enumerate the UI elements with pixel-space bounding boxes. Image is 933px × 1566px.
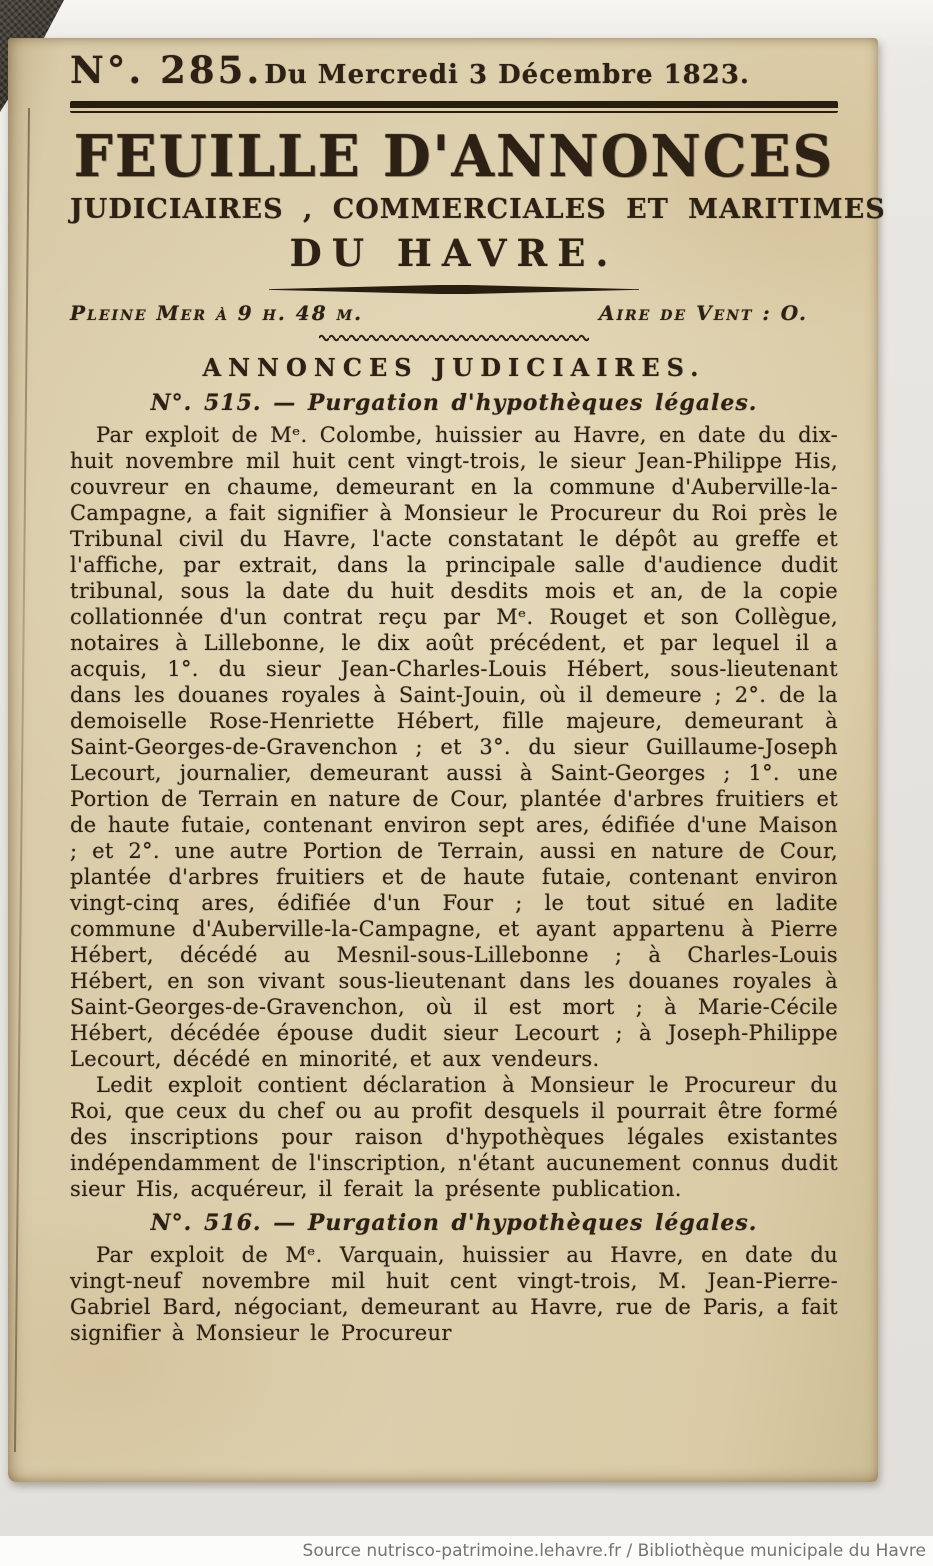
page-fold-crease xyxy=(14,108,30,1452)
tide-info-row: Pleine Mer à 9 h. 48 m. Aire de Vent : O… xyxy=(70,301,838,325)
article-515-heading: N°. 515. — Purgation d'hypothèques légal… xyxy=(70,390,838,416)
article-515-paragraph-1: Par exploit de Mᵉ. Colombe, huissier au … xyxy=(70,422,838,1072)
header-double-rule xyxy=(70,101,838,113)
diamond-rule xyxy=(269,285,639,294)
masthead-subtitle: JUDICIAIRES , COMMERCIALES ET MARITIMES xyxy=(70,194,838,225)
page-content: N°. 285. Du Mercredi 3 Décembre 1823. FE… xyxy=(70,46,838,1346)
source-credit-text: Source nutrisco-patrimoine.lehavre.fr / … xyxy=(303,1541,933,1561)
source-credit-bar: Source nutrisco-patrimoine.lehavre.fr / … xyxy=(0,1536,933,1566)
page-header: N°. 285. Du Mercredi 3 Décembre 1823. xyxy=(70,48,838,92)
issue-number: N°. 285. xyxy=(70,48,262,92)
article-515-paragraph-2: Ledit exploit contient déclaration à Mon… xyxy=(70,1072,838,1202)
article-516-paragraph-1: Par exploit de Mᵉ. Varquain, huissier au… xyxy=(70,1242,838,1346)
masthead-title: FEUILLE D'ANNONCES xyxy=(70,122,838,190)
masthead-city: DU HAVRE. xyxy=(70,231,838,275)
article-516-heading: N°. 516. — Purgation d'hypothèques légal… xyxy=(70,1210,838,1236)
wavy-rule xyxy=(70,327,838,337)
wind-direction: Aire de Vent : O. xyxy=(599,301,808,325)
date-line: Du Mercredi 3 Décembre 1823. xyxy=(264,60,750,90)
section-heading: ANNONCES JUDICIAIRES. xyxy=(70,353,838,382)
newspaper-page: N°. 285. Du Mercredi 3 Décembre 1823. FE… xyxy=(8,38,878,1482)
high-tide-time: Pleine Mer à 9 h. 48 m. xyxy=(70,301,363,325)
